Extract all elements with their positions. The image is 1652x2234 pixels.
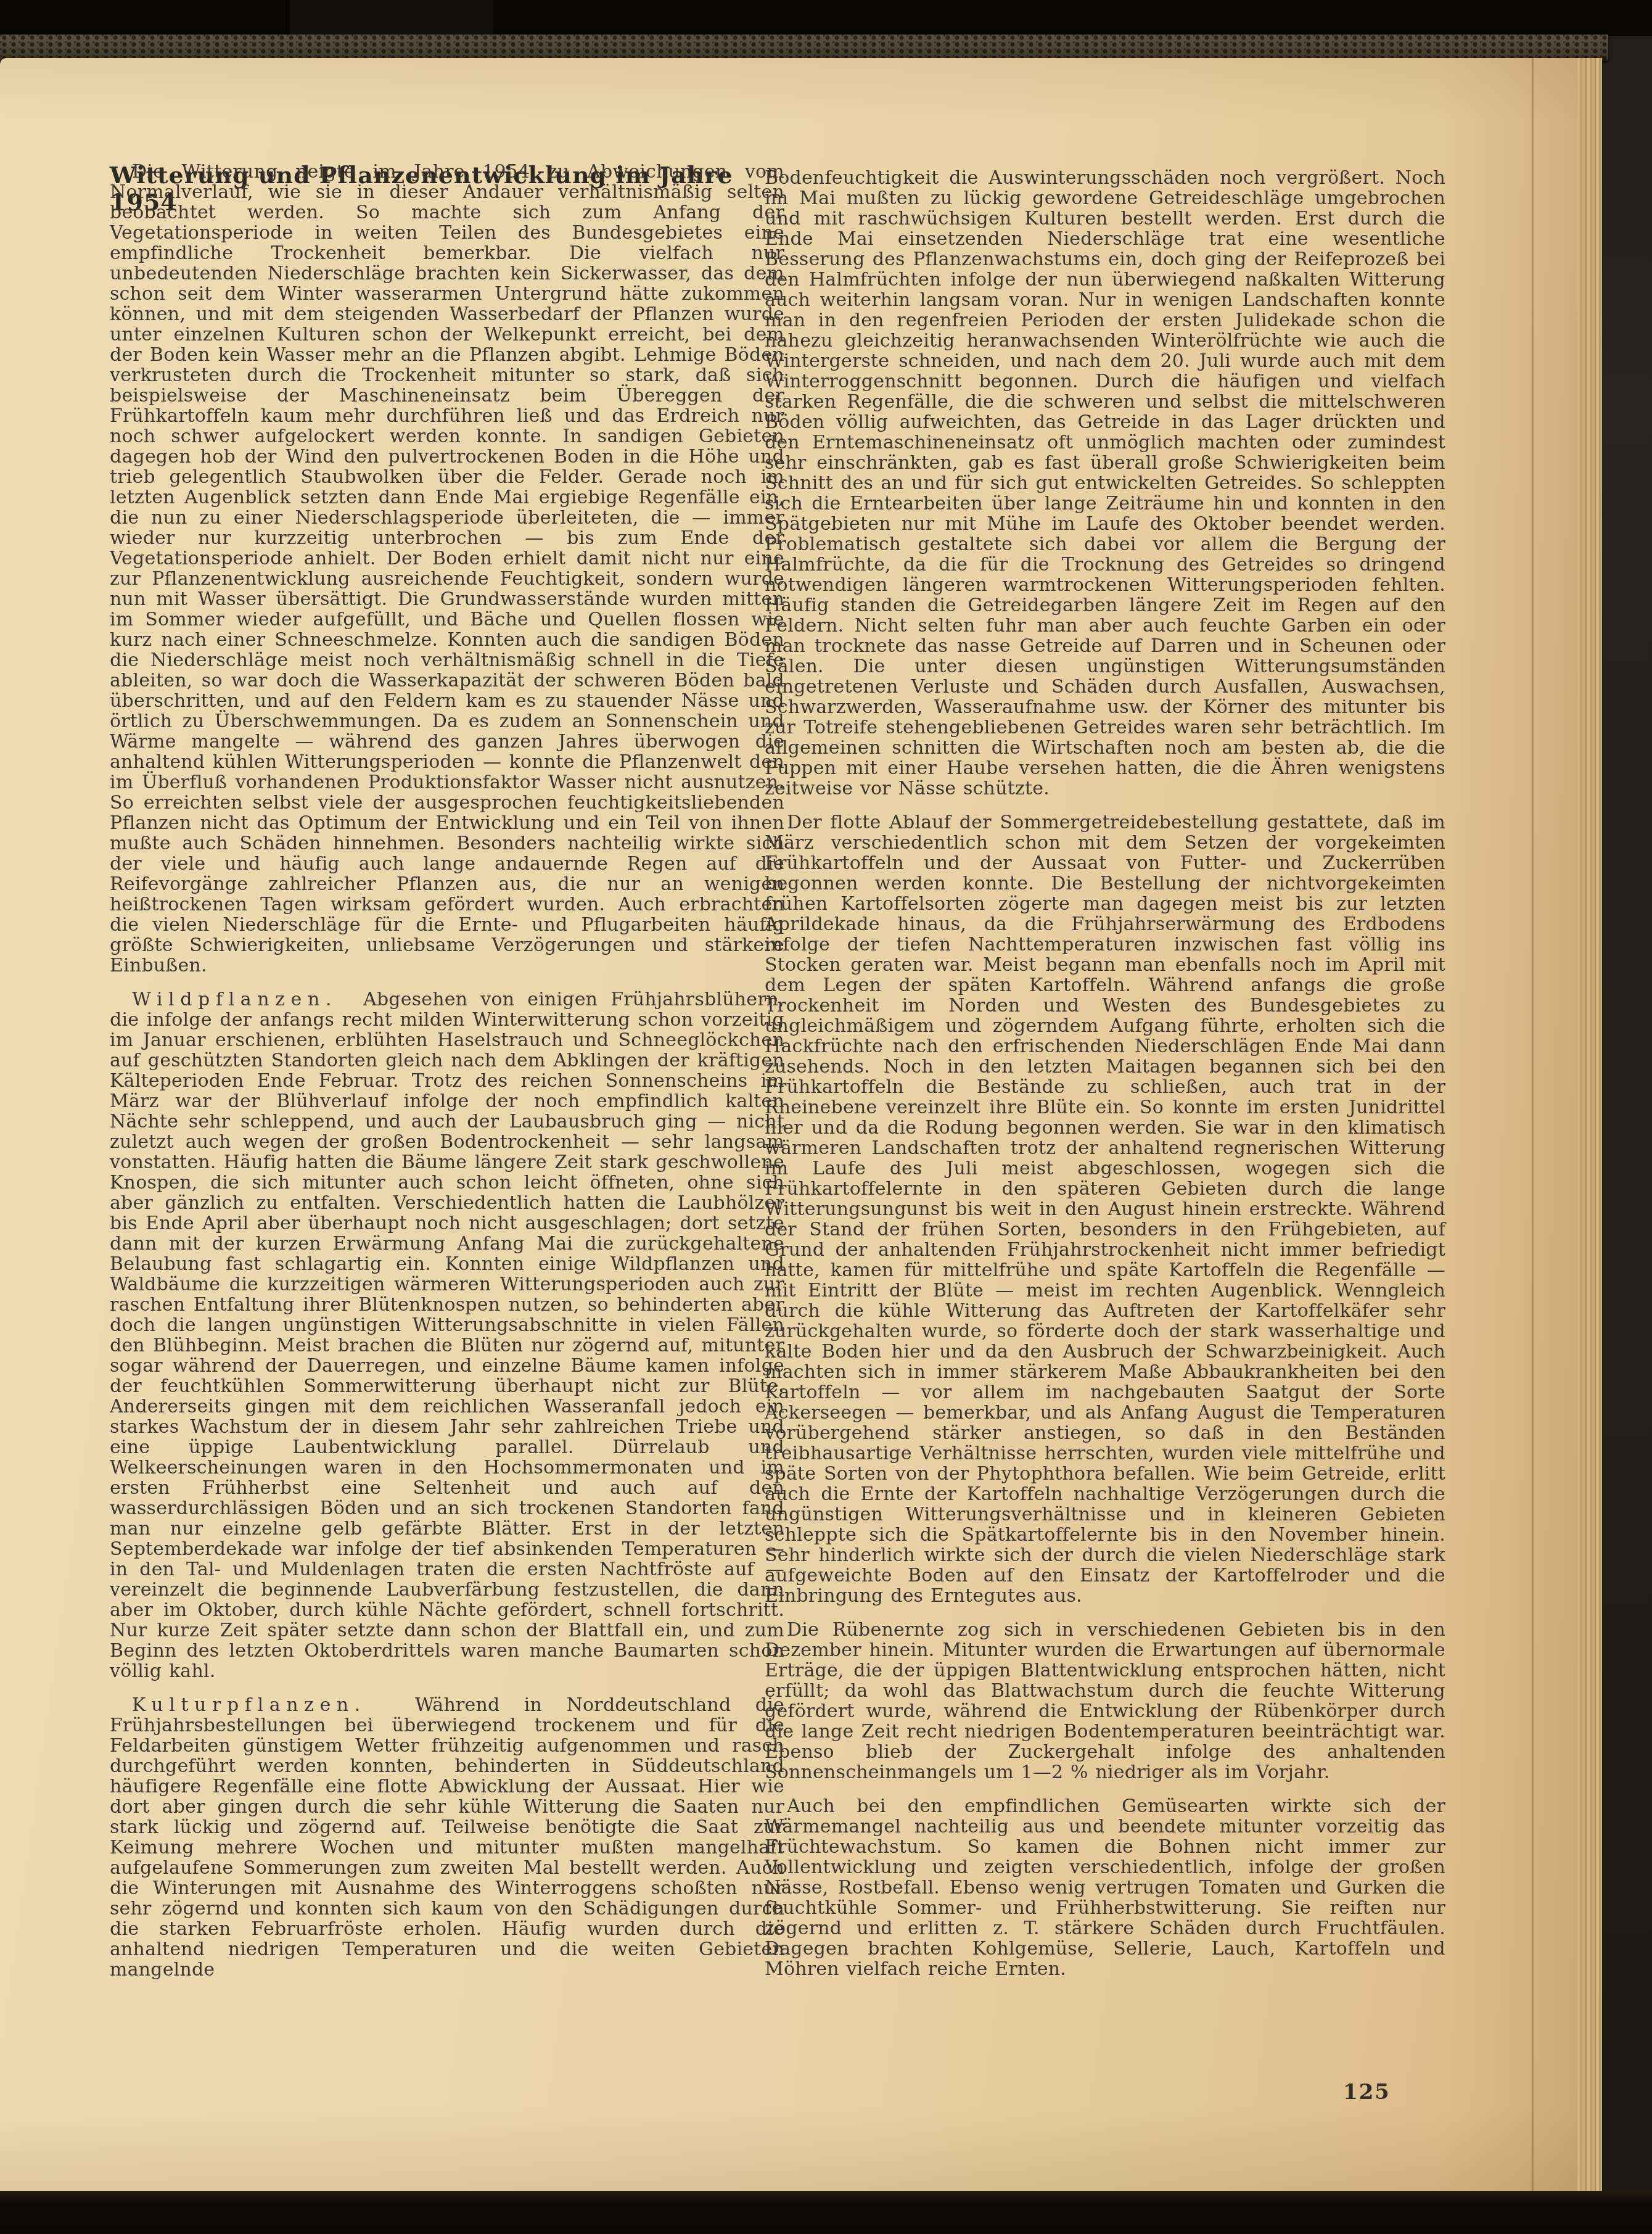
- page-edge-stack: [1577, 58, 1602, 2192]
- page-number: 125: [1343, 2080, 1411, 2104]
- paragraph: Die Rübenernte zog sich in verschiedenen…: [765, 1620, 1445, 1783]
- left-text-column: Die Witterung neigte im Jahre 1954 zu Ab…: [110, 162, 784, 1980]
- right-text-column: Bodenfeuchtigkeit die Auswinterungsschäd…: [765, 168, 1445, 1979]
- paragraph-lead-word: Kulturpflanzen.: [132, 1694, 366, 1716]
- gutter-shadow: [1437, 58, 1577, 2192]
- page-crease: [1531, 58, 1534, 2192]
- paragraph-text: Die Rübenernte zog sich in verschiedenen…: [765, 1619, 1445, 1783]
- scan-top-border: [0, 0, 1652, 36]
- scanned-book-page: Witterung und Pflanzenentwicklung im Jah…: [0, 0, 1652, 2234]
- paragraph: Kulturpflanzen. Während in Norddeutschla…: [110, 1695, 784, 1980]
- paragraph-text: Bodenfeuchtigkeit die Auswinterungsschäd…: [765, 167, 1445, 799]
- paragraph: Der flotte Ablauf der Sommergetreidebest…: [765, 812, 1445, 1606]
- paragraph: Bodenfeuchtigkeit die Auswinterungsschäd…: [765, 168, 1445, 799]
- paragraph: Wildpflanzen. Abgesehen von einigen Früh…: [110, 989, 784, 1681]
- scanner-background: [1602, 0, 1652, 2234]
- binding-tape: [0, 35, 1608, 60]
- paragraph-text: Abgesehen von einigen Frühjahrsblühern, …: [110, 989, 784, 1682]
- paragraph-text: Die Witterung neigte im Jahre 1954 zu Ab…: [110, 161, 784, 976]
- paragraph: Die Witterung neigte im Jahre 1954 zu Ab…: [110, 162, 784, 976]
- scan-bottom-border: [0, 2191, 1652, 2234]
- paragraph-text: Auch bei den empfindlichen Gemüsearten w…: [765, 1795, 1445, 1980]
- paragraph-text: Während in Norddeutschland die Frühjahrs…: [110, 1694, 784, 1981]
- paragraph-text: Der flotte Ablauf der Sommergetreidebest…: [765, 812, 1445, 1607]
- paragraph: Auch bei den empfindlichen Gemüsearten w…: [765, 1796, 1445, 1979]
- paragraph-lead-word: Wildpflanzen.: [132, 989, 337, 1010]
